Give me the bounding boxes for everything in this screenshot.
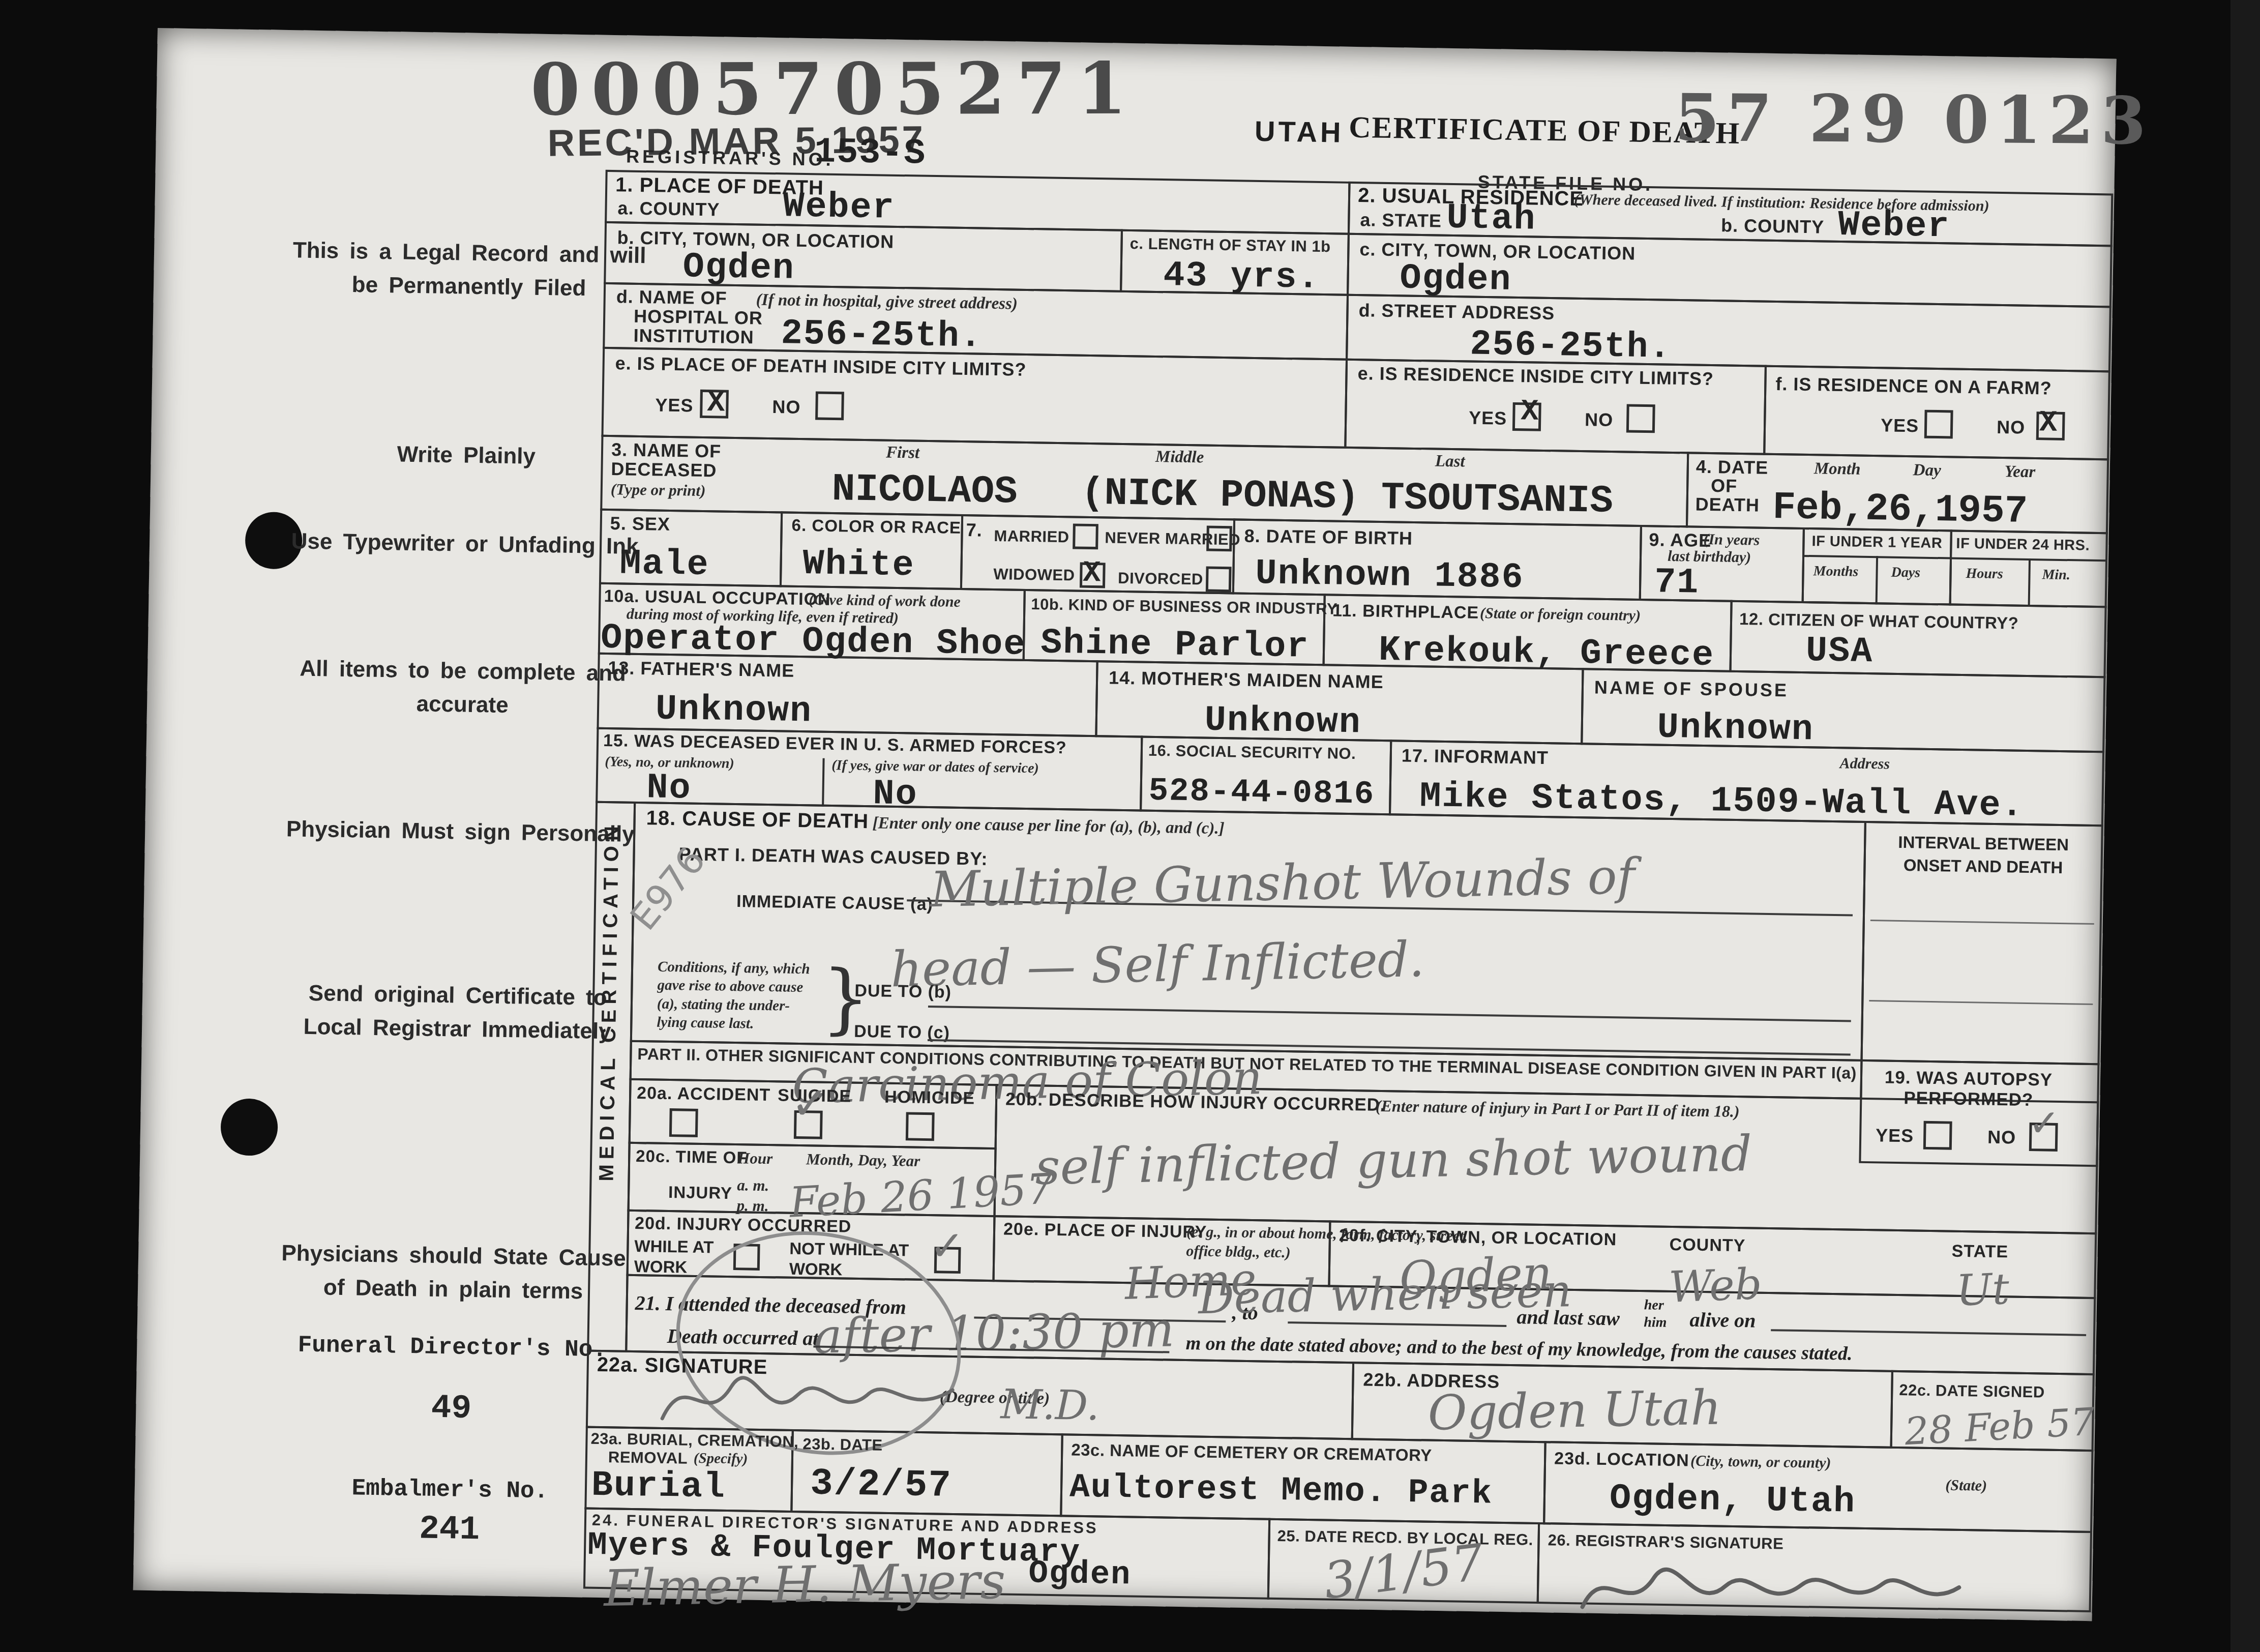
registrar-signature-scribble bbox=[1572, 1546, 1970, 1633]
dob-value: Unknown 1886 bbox=[1255, 556, 1524, 596]
birthplace-hint: (State or foreign country) bbox=[1480, 604, 1641, 625]
cause-of-death-label: 18. CAUSE OF DEATH bbox=[646, 807, 869, 833]
autopsy-no-label: NO bbox=[1987, 1127, 2016, 1148]
last-name-value: TSOUTSANIS bbox=[1381, 479, 1613, 521]
length-of-stay-value: 43 yrs. bbox=[1163, 258, 1320, 297]
punch-hole bbox=[220, 1098, 278, 1156]
injury-county-handwriting: Web bbox=[1668, 1262, 1763, 1309]
autopsy-yes-label: YES bbox=[1876, 1125, 1914, 1146]
accident-label: 20a. ACCIDENT bbox=[637, 1083, 771, 1105]
divorced-label: DIVORCED bbox=[1118, 569, 1203, 588]
medical-certification-sidebar-label: MEDICAL CERTIFICATION bbox=[596, 821, 622, 1182]
hours-label: Hours bbox=[1966, 565, 2003, 583]
injury-state-label: STATE bbox=[1951, 1242, 2008, 1262]
county-label: a. COUNTY bbox=[617, 198, 720, 220]
place-limits-yes-mark: X bbox=[707, 389, 725, 419]
autopsy-yes-checkbox bbox=[1923, 1121, 1952, 1150]
immediate-cause-label: IMMEDIATE CAUSE (a) bbox=[736, 892, 933, 914]
her-label: her bbox=[1644, 1296, 1664, 1314]
birthplace-value: Krekouk, Greece bbox=[1379, 633, 1715, 674]
spouse-label: NAME OF SPOUSE bbox=[1594, 677, 1789, 701]
cemetery-location-value: Ogden, Utah bbox=[1609, 1481, 1856, 1521]
death-certificate-paper: 0005705271 REC'D MAR 5 1957 REGISTRAR'S … bbox=[133, 28, 2117, 1621]
him-label: him bbox=[1644, 1314, 1667, 1331]
scanned-document: 0005705271 REC'D MAR 5 1957 REGISTRAR'S … bbox=[0, 0, 2260, 1652]
margin-note-legal-record: This is a Legal Record and will be Perma… bbox=[288, 233, 650, 306]
farm-yes-checkbox bbox=[1924, 410, 1953, 439]
cemetery-location-label: 23d. LOCATION bbox=[1554, 1449, 1689, 1470]
length-of-stay-label: c. LENGTH OF STAY IN 1b bbox=[1129, 234, 1331, 256]
residence-limits-yes-label: YES bbox=[1469, 408, 1507, 429]
describe-injury-handwriting: self inflicted gun shot wound bbox=[1035, 1129, 1752, 1192]
hospital-hint: (If not in hospital, give street address… bbox=[756, 290, 1018, 315]
armed-forces-value-2: No bbox=[873, 777, 918, 813]
informant-address-label: Address bbox=[1839, 754, 1890, 774]
time-of-injury-label-2: INJURY bbox=[668, 1183, 732, 1203]
conditions-note: Conditions, if any, which gave rise to a… bbox=[657, 958, 820, 1034]
spouse-value: Unknown bbox=[1657, 710, 1814, 748]
margin-note-write-plainly: Write Plainly bbox=[285, 436, 647, 475]
last-name-label: Last bbox=[1435, 452, 1465, 473]
widowed-label: WIDOWED bbox=[993, 565, 1075, 584]
under-24-label: IF UNDER 24 HRS. bbox=[1956, 536, 2090, 554]
funeral-director-signature-handwriting: Elmer H. Myers bbox=[603, 1556, 1006, 1614]
armed-forces-hint-2: (If yes, give war or dates of service) bbox=[831, 757, 1039, 777]
autopsy-label-1: 19. WAS AUTOPSY bbox=[1885, 1068, 2053, 1090]
scan-edge-strip bbox=[2231, 0, 2260, 1652]
month-day-year-label: Month, Day, Year bbox=[806, 1149, 920, 1170]
homicide-label: HOMICIDE bbox=[884, 1087, 975, 1108]
due-to-b-label: DUE TO (b) bbox=[854, 981, 951, 1002]
date-signed-label: 22c. DATE SIGNED bbox=[1899, 1381, 2045, 1401]
armed-forces-value-1: No bbox=[646, 771, 692, 807]
funeral-director-no-value: 49 bbox=[271, 1384, 632, 1433]
age-hint-1: (In years bbox=[1703, 530, 1760, 550]
margin-note-send-original: Send original Certificate to Local Regis… bbox=[277, 976, 639, 1049]
hour-label: Hour bbox=[737, 1148, 772, 1168]
residence-county-label: b. COUNTY bbox=[1721, 215, 1825, 237]
widowed-mark: X bbox=[1083, 559, 1101, 589]
informant-label: 17. INFORMANT bbox=[1402, 746, 1549, 769]
immediate-cause-handwriting-2: head — Self Inflicted. bbox=[890, 935, 1424, 994]
farm-no-label: NO bbox=[1997, 417, 2026, 438]
date-signed-handwriting: 28 Feb 57 bbox=[1904, 1403, 2096, 1451]
farm-no-mark: X bbox=[2039, 408, 2058, 438]
burial-value: Burial bbox=[591, 1468, 726, 1506]
place-of-injury-label: 20e. PLACE OF INJURY bbox=[1003, 1219, 1207, 1242]
married-label: MARRIED bbox=[994, 527, 1069, 546]
injury-state-handwriting: Ut bbox=[1955, 1267, 2010, 1312]
attended-handwriting: Dead when seen bbox=[1198, 1268, 1572, 1320]
homicide-checkbox bbox=[906, 1112, 935, 1141]
dob-label: 8. DATE OF BIRTH bbox=[1244, 526, 1413, 549]
street-address-value: 256-25th. bbox=[1470, 328, 1672, 366]
place-city-value: Ogden bbox=[682, 250, 795, 287]
days-label: Days bbox=[1891, 564, 1920, 581]
registrar-no-label: REGISTRAR'S NO. bbox=[626, 146, 834, 170]
state-name: UTAH bbox=[1255, 115, 1344, 148]
ssn-value: 528-44-0816 bbox=[1148, 775, 1375, 811]
birthplace-label: 11. BIRTHPLACE bbox=[1332, 601, 1479, 623]
immediate-cause-handwriting-1: Multiple Gunshot Wounds of bbox=[930, 852, 1635, 914]
burial-label-1: 23a. BURIAL, CREMATION, bbox=[590, 1430, 798, 1451]
race-label: 6. COLOR OR RACE bbox=[791, 516, 961, 538]
hospital-label-1: d. NAME OF bbox=[616, 286, 727, 309]
am-label: a. m. bbox=[737, 1175, 769, 1195]
cemetery-location-hint: (City, town, or county) bbox=[1690, 1452, 1831, 1472]
age-value: 71 bbox=[1654, 565, 1700, 601]
dod-day-label: Day bbox=[1913, 460, 1941, 481]
autopsy-no-mark: ✓ bbox=[2028, 1104, 2060, 1142]
county-value: Weber bbox=[783, 189, 895, 226]
residence-limits-no-checkbox bbox=[1626, 404, 1655, 433]
middle-name-value: (NICK PONAS) bbox=[1081, 474, 1359, 517]
dod-value: Feb,26,1957 bbox=[1772, 488, 2028, 531]
not-while-at-work-mark: ✓ bbox=[929, 1225, 965, 1267]
middle-name-label: Middle bbox=[1155, 447, 1204, 468]
residence-limits-no-label: NO bbox=[1585, 409, 1614, 430]
residence-county-value: Weber bbox=[1838, 208, 1950, 245]
farm-label: f. IS RESIDENCE ON A FARM? bbox=[1775, 374, 2052, 399]
first-name-value: NICOLAOS bbox=[831, 470, 1018, 512]
informant-value: Mike Statos, 1509-Wall Ave. bbox=[1419, 779, 2024, 824]
under-1-year-label: IF UNDER 1 YEAR bbox=[1811, 533, 1942, 552]
serial-number-stamp: 0005705271 bbox=[530, 53, 1138, 126]
dod-year-label: Year bbox=[2004, 462, 2035, 483]
margin-note-plain-terms: Physicians should State Cause of Death i… bbox=[273, 1236, 635, 1309]
suicide-mark: ✓ bbox=[790, 1081, 829, 1127]
funeral-director-city: Ogden bbox=[1028, 1557, 1132, 1591]
state-file-number-stamp: 57 29 0123 bbox=[1674, 85, 2153, 154]
residence-limits-yes-mark: X bbox=[1521, 397, 1539, 427]
business-value: Shine Parlor bbox=[1040, 626, 1310, 665]
divorced-checkbox bbox=[1206, 567, 1232, 593]
burial-label-2: REMOVAL bbox=[608, 1448, 688, 1467]
months-label: Months bbox=[1813, 563, 1858, 580]
place-limits-no-checkbox bbox=[815, 391, 844, 420]
registrar-no-value: 153-S bbox=[814, 135, 927, 172]
never-married-checkbox bbox=[1206, 526, 1232, 552]
residence-state-value: Utah bbox=[1446, 201, 1536, 238]
marital-number: 7. bbox=[966, 520, 983, 541]
embalmer-no-label: Embalmer's No. bbox=[269, 1472, 631, 1509]
occupation-value: Operator Ogden Shoe bbox=[601, 621, 1026, 663]
dod-label-3: DEATH bbox=[1695, 494, 1760, 516]
father-label: 13. FATHER'S NAME bbox=[608, 658, 795, 681]
street-address-label: d. STREET ADDRESS bbox=[1358, 300, 1555, 323]
name-hint: (Type or print) bbox=[611, 480, 706, 500]
name-label-2: DECEASED bbox=[611, 459, 717, 481]
first-name-label: First bbox=[886, 443, 920, 464]
sex-label: 5. SEX bbox=[610, 513, 670, 535]
place-limits-no-label: NO bbox=[772, 397, 801, 418]
address-handwriting: Ogden Utah bbox=[1428, 1384, 1722, 1438]
sex-value: Male bbox=[619, 546, 709, 583]
margin-note-typewriter: Use Typewriter or Unfading Ink bbox=[284, 524, 646, 564]
accident-checkbox bbox=[669, 1108, 698, 1137]
physician-signature-scribble bbox=[655, 1358, 961, 1438]
farm-yes-label: YES bbox=[1881, 415, 1919, 436]
degree-handwriting: M.D. bbox=[1000, 1384, 1099, 1426]
married-checkbox bbox=[1073, 523, 1098, 549]
autopsy-label-2: PERFORMED? bbox=[1904, 1088, 2034, 1110]
dod-month-label: Month bbox=[1813, 459, 1860, 480]
mother-label: 14. MOTHER'S MAIDEN NAME bbox=[1109, 668, 1384, 693]
time-of-injury-label-1: 20c. TIME OF bbox=[636, 1147, 748, 1167]
funeral-director-no-label: Funeral Director's No. bbox=[272, 1330, 633, 1366]
residence-state-label: a. STATE bbox=[1360, 210, 1442, 231]
place-limits-yes-label: YES bbox=[655, 395, 694, 416]
father-value: Unknown bbox=[656, 692, 813, 730]
ssn-label: 16. SOCIAL SECURITY NO. bbox=[1148, 742, 1356, 763]
cemetery-state-hint: (State) bbox=[1945, 1477, 1987, 1495]
injury-county-label: COUNTY bbox=[1669, 1235, 1745, 1255]
hospital-value: 256-25th. bbox=[781, 316, 983, 355]
race-value: White bbox=[802, 547, 915, 584]
margin-note-complete: All items to be complete and accurate bbox=[282, 652, 644, 724]
mother-value: Unknown bbox=[1204, 703, 1361, 742]
interval-label: INTERVAL BETWEEN ONSET AND DEATH bbox=[1874, 831, 2093, 879]
residence-city-value: Ogden bbox=[1400, 261, 1512, 298]
embalmer-no-value: 241 bbox=[269, 1505, 630, 1554]
burial-hint: (Specify) bbox=[694, 1450, 748, 1468]
alive-on-label: alive on bbox=[1689, 1308, 1756, 1333]
burial-date-label: 23b. DATE bbox=[802, 1435, 883, 1454]
citizen-value: USA bbox=[1806, 634, 1874, 670]
dod-label-2: OF bbox=[1711, 476, 1738, 496]
margin-note-physician-sign: Physician Must sign Personally bbox=[280, 812, 641, 851]
hospital-label-3: INSTITUTION bbox=[633, 326, 754, 348]
min-label: Min. bbox=[2042, 566, 2070, 583]
cemetery-value: Aultorest Memo. Park bbox=[1069, 1471, 1493, 1511]
pm-label: p. m. bbox=[736, 1196, 768, 1215]
burial-date-value: 3/2/57 bbox=[810, 1465, 953, 1505]
